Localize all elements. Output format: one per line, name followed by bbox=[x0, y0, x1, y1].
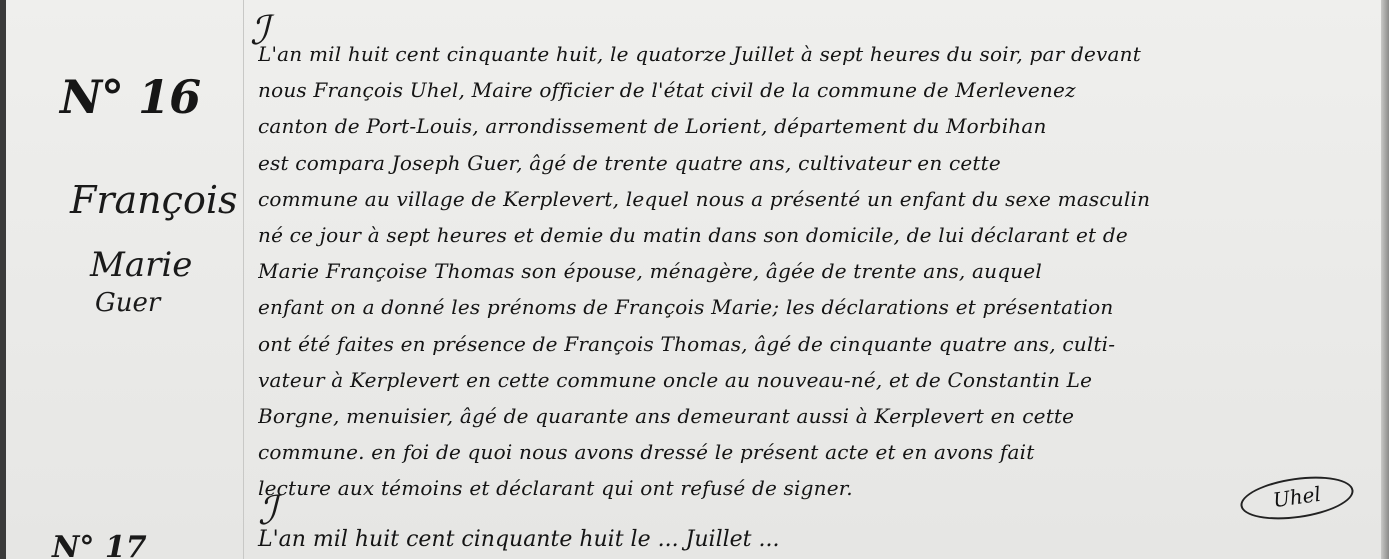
margin-name-first: François bbox=[70, 178, 237, 222]
act-line: enfant on a donné les prénoms de Françoi… bbox=[258, 289, 1368, 325]
next-act-number: N° 17 bbox=[52, 530, 147, 559]
act-line: commune au village de Kerplevert, lequel… bbox=[258, 181, 1368, 217]
act-line: est compara Joseph Guer, âgé de trente q… bbox=[258, 145, 1368, 181]
next-act-first-line: L'an mil huit cent cinquante huit le ...… bbox=[258, 527, 780, 552]
act-line: canton de Port-Louis, arrondissement de … bbox=[258, 108, 1368, 144]
margin-name-surname: Guer bbox=[95, 288, 160, 318]
act-line: Borgne, menuisier, âgé de quarante ans d… bbox=[258, 398, 1368, 434]
act-line: Marie Françoise Thomas son épouse, ménag… bbox=[258, 253, 1368, 289]
act-line: ont été faites en présence de François T… bbox=[258, 326, 1368, 362]
act-line: né ce jour à sept heures et demie du mat… bbox=[258, 217, 1368, 253]
register-page: ℐ N° 16 François Marie Guer L'an mil hui… bbox=[0, 0, 1389, 559]
margin-name-second: Marie bbox=[90, 245, 192, 285]
page-left-edge bbox=[0, 0, 6, 559]
act-line: nous François Uhel, Maire officier de l'… bbox=[258, 72, 1368, 108]
act-line: lecture aux témoins et déclarant qui ont… bbox=[258, 470, 1368, 506]
act-line: commune. en foi de quoi nous avons dress… bbox=[258, 434, 1368, 470]
margin-rule bbox=[243, 0, 244, 559]
act-line: L'an mil huit cent cinquante huit, le qu… bbox=[258, 36, 1368, 72]
act-number: N° 16 bbox=[60, 70, 200, 124]
act-text: L'an mil huit cent cinquante huit, le qu… bbox=[258, 36, 1368, 506]
act-line: vateur à Kerplevert en cette commune onc… bbox=[258, 362, 1368, 398]
page-right-edge bbox=[1381, 0, 1389, 559]
